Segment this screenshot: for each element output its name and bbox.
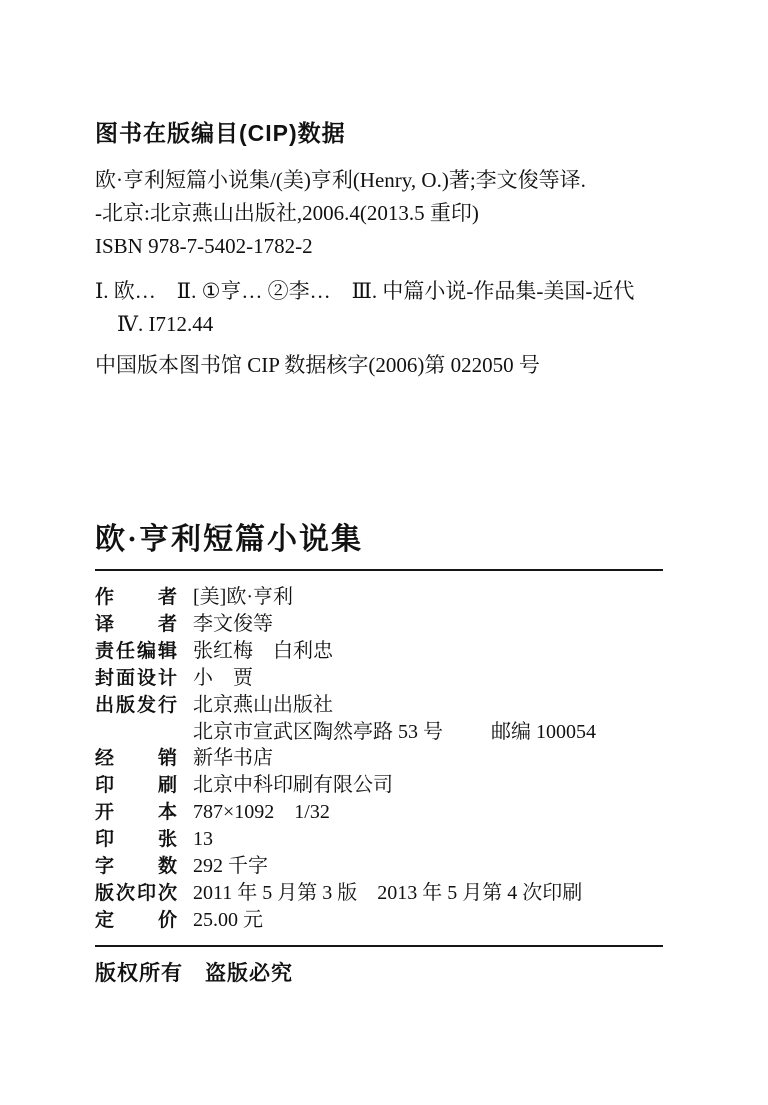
classification-line-2: Ⅳ. I712.44 bbox=[95, 308, 665, 341]
postal-code: 邮编 100054 bbox=[491, 721, 596, 743]
colophon-row-word-count: 字数 292 千字 bbox=[95, 853, 665, 880]
cip-section: 图书在版编目(CIP)数据 欧·亨利短篇小说集/(美)亨利(Henry, O.)… bbox=[95, 120, 665, 382]
book-copyright-page: 图书在版编目(CIP)数据 欧·亨利短篇小说集/(美)亨利(Henry, O.)… bbox=[0, 0, 768, 1105]
row-value: 25.00 元 bbox=[193, 907, 263, 933]
divider-rule-bottom bbox=[95, 945, 663, 947]
colophon-row-address: 北京市宣武区陶然亭路 53 号邮编 100054 bbox=[95, 719, 665, 745]
row-value: 13 bbox=[193, 826, 213, 852]
colophon-row-sheets: 印张 13 bbox=[95, 826, 665, 853]
row-label: 开本 bbox=[95, 800, 177, 826]
row-label: 责任编辑 bbox=[95, 639, 177, 665]
colophon-row-cover-design: 封面设计 小 贾 bbox=[95, 665, 665, 692]
row-label: 作者 bbox=[95, 585, 177, 611]
cip-description-line-1: 欧·亨利短篇小说集/(美)亨利(Henry, O.)著;李文俊等译. bbox=[95, 164, 665, 197]
row-value: 小 贾 bbox=[193, 665, 253, 691]
colophon-table: 作者 [美]欧·亨利 译者 李文俊等 责任编辑 张红梅 白利忠 封面设计 小 贾… bbox=[95, 584, 665, 934]
colophon-row-format: 开本 787×1092 1/32 bbox=[95, 799, 665, 826]
row-label: 印张 bbox=[95, 827, 177, 853]
row-label: 定价 bbox=[95, 908, 177, 934]
isbn-line: ISBN 978-7-5402-1782-2 bbox=[95, 230, 665, 263]
row-value: 2011 年 5 月第 3 版 2013 年 5 月第 4 次印刷 bbox=[193, 880, 582, 906]
publisher-address: 北京市宣武区陶然亭路 53 号 bbox=[193, 721, 443, 743]
divider-rule-top bbox=[95, 569, 663, 571]
row-label: 译者 bbox=[95, 612, 177, 638]
colophon-row-translator: 译者 李文俊等 bbox=[95, 611, 665, 638]
row-value: 292 千字 bbox=[193, 853, 268, 879]
page-content: 图书在版编目(CIP)数据 欧·亨利短篇小说集/(美)亨利(Henry, O.)… bbox=[95, 120, 665, 986]
cip-record-number: 中国版本图书馆 CIP 数据核字(2006)第 022050 号 bbox=[95, 349, 665, 382]
colophon-row-distributor: 经销 新华书店 bbox=[95, 745, 665, 772]
row-label: 版次印次 bbox=[95, 881, 177, 907]
cip-description-line-2: -北京:北京燕山出版社,2006.4(2013.5 重印) bbox=[95, 197, 665, 230]
row-value: 张红梅 白利忠 bbox=[193, 638, 333, 664]
copyright-notice: 版权所有 盗版必究 bbox=[95, 961, 665, 986]
colophon-row-edition: 版次印次 2011 年 5 月第 3 版 2013 年 5 月第 4 次印刷 bbox=[95, 880, 665, 907]
row-value: 北京市宣武区陶然亭路 53 号邮编 100054 bbox=[193, 719, 596, 745]
row-label: 封面设计 bbox=[95, 666, 177, 692]
colophon-row-price: 定价 25.00 元 bbox=[95, 907, 665, 934]
row-value: 新华书店 bbox=[193, 745, 273, 771]
colophon-row-printer: 印刷 北京中科印刷有限公司 bbox=[95, 772, 665, 799]
cip-heading: 图书在版编目(CIP)数据 bbox=[95, 120, 665, 146]
row-value: 787×1092 1/32 bbox=[193, 799, 330, 825]
row-label: 出版发行 bbox=[95, 693, 177, 719]
row-label: 印刷 bbox=[95, 773, 177, 799]
row-label: 经销 bbox=[95, 746, 177, 772]
cip-description: 欧·亨利短篇小说集/(美)亨利(Henry, O.)著;李文俊等译. -北京:北… bbox=[95, 164, 665, 263]
row-value: 北京中科印刷有限公司 bbox=[193, 772, 393, 798]
colophon-row-publisher: 出版发行 北京燕山出版社 bbox=[95, 692, 665, 719]
colophon-row-author: 作者 [美]欧·亨利 bbox=[95, 584, 665, 611]
colophon-row-editor: 责任编辑 张红梅 白利忠 bbox=[95, 638, 665, 665]
book-title: 欧·亨利短篇小说集 bbox=[95, 521, 665, 559]
classification-line-1: Ⅰ. 欧… Ⅱ. ①亨… ②李… Ⅲ. 中篇小说-作品集-美国-近代 bbox=[95, 275, 665, 308]
row-value: 北京燕山出版社 bbox=[193, 692, 333, 718]
row-value: [美]欧·亨利 bbox=[193, 584, 293, 610]
row-label: 字数 bbox=[95, 854, 177, 880]
cip-classification: Ⅰ. 欧… Ⅱ. ①亨… ②李… Ⅲ. 中篇小说-作品集-美国-近代 Ⅳ. I7… bbox=[95, 275, 665, 341]
row-value: 李文俊等 bbox=[193, 611, 273, 637]
